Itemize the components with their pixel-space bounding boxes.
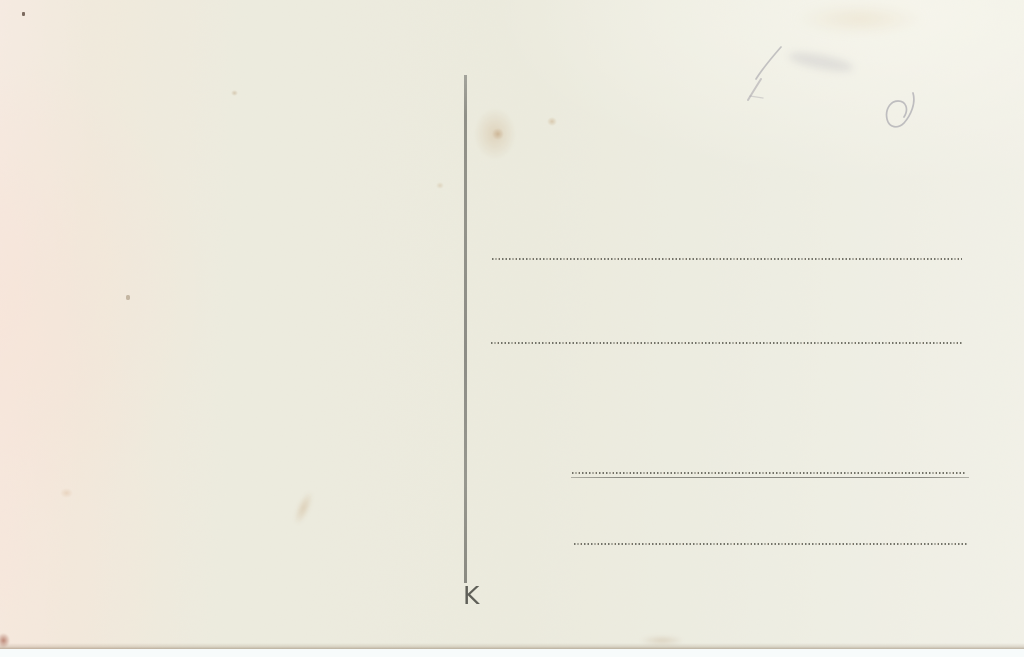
paper-stain [22,12,25,16]
pencil-marks-layer [0,0,1024,649]
paper-stain [795,4,925,34]
paper-stain [231,90,238,96]
printer-mark: K [463,584,489,608]
postcard-bottom-edge [0,643,1024,649]
address-line-3 [572,472,966,475]
pencil-figure-mark [887,93,914,127]
paper-stain [492,128,504,140]
divider-line [464,75,467,583]
paper-stain [290,489,317,527]
pencil-scribble-mark [748,47,781,100]
address-line-3-rule [571,477,969,478]
paper-stain [474,108,516,160]
address-line-1 [492,258,962,261]
paper-stain [126,295,130,300]
postcard-back: K [0,0,1024,649]
paper-texture [0,0,1024,649]
paper-stain [60,488,73,498]
address-line-4 [574,543,967,546]
paper-stain [547,117,557,126]
pencil-smudge [787,49,854,75]
address-line-2 [491,342,962,345]
paper-stain [436,182,444,189]
